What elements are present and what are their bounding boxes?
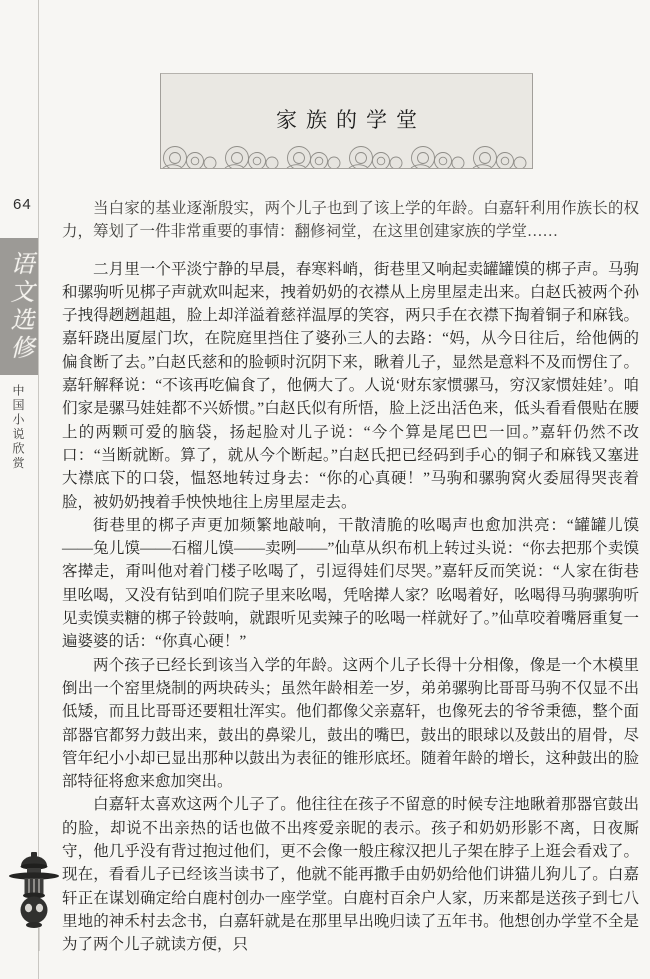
chapter-title: 家族的学堂 bbox=[161, 104, 532, 134]
body-paragraph-1: 二月里一个平淡宁静的早晨，春寒料峭，街巷里又响起卖罐罐馍的梆子声。马驹和骡驹听见… bbox=[62, 258, 639, 514]
body-paragraph-4: 白嘉轩太喜欢这两个儿子了。他往往在孩子不留意的时候专注地瞅着那器官鼓出的脸，却说… bbox=[62, 793, 639, 956]
series-subtitle: 中国小说欣赏 bbox=[11, 384, 25, 471]
series-title-block: 语文选修 bbox=[0, 238, 38, 375]
intro-paragraph: 当白家的基业逐渐殷实，两个儿子也到了该上学的年龄。白嘉轩利用作族长的权力，筹划了… bbox=[62, 197, 639, 244]
body-paragraph-2: 街巷里的梆子声更加频繁地敲响，干散清脆的吆喝声也愈加洪亮：“罐罐儿馍——兔儿馍—… bbox=[62, 514, 639, 654]
series-title: 语文选修 bbox=[0, 251, 38, 363]
body-paragraph-3: 两个孩子已经长到该当入学的年龄。这两个儿子长得十分相像，像是一个木模里倒出一个窑… bbox=[62, 654, 639, 794]
cloud-wave-border-icon bbox=[161, 141, 532, 169]
margin-divider-line bbox=[38, 0, 39, 979]
page-number: 64 bbox=[13, 196, 32, 213]
chapter-title-banner: 家族的学堂 bbox=[160, 73, 533, 169]
article-text: 当白家的基业逐渐殷实，两个儿子也到了该上学的年龄。白嘉轩利用作族长的权力，筹划了… bbox=[62, 197, 639, 957]
book-page: 64 语文选修 中国小说欣赏 家族的学堂 bbox=[0, 0, 650, 979]
lantern-icon bbox=[8, 851, 60, 951]
